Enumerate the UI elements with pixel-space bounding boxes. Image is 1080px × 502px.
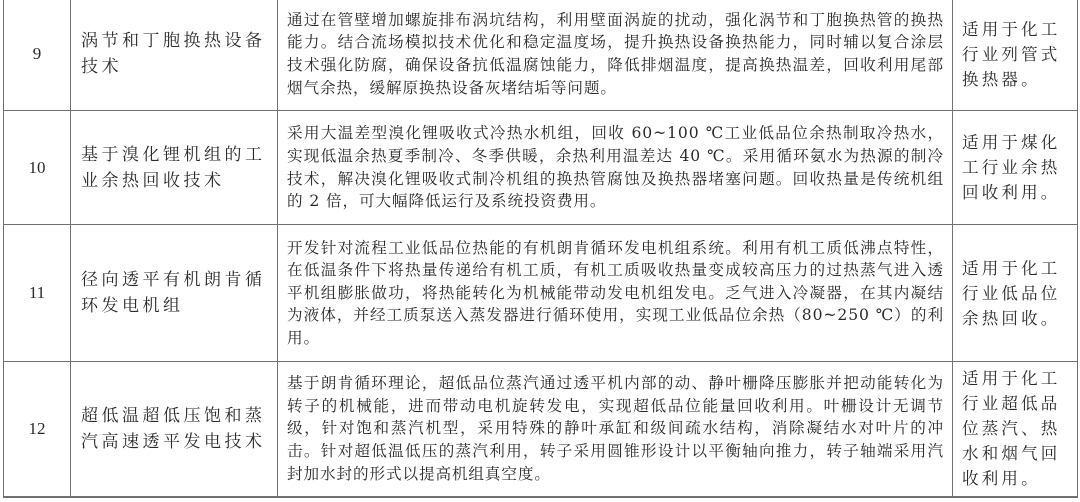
technology-description: 通过在管壁增加螺旋排布涡坑结构，利用壁面涡旋的扰动，强化涡节和丁胞换热管的换热能… — [278, 0, 953, 111]
application-scope: 适用于煤化工行业余热回收利用。 — [953, 111, 1078, 225]
table-row: 9 涡节和丁胞换热设备技术 通过在管壁增加螺旋排布涡坑结构，利用壁面涡旋的扰动，… — [4, 0, 1078, 111]
technology-name: 基于溴化锂机组的工业余热回收技术 — [71, 111, 278, 225]
technology-name: 径向透平有机朗肯循环发电机组 — [71, 225, 278, 362]
technology-description: 开发针对流程工业低品位热能的有机朗肯循环发电机组系统。利用有机工质低沸点特性，在… — [278, 225, 953, 362]
technology-description: 基于朗肯循环理论，超低品位蒸汽通过透平机内部的动、静叶栅降压膨胀并把动能转化为转… — [278, 362, 953, 497]
application-scope: 适用于化工行业低品位余热回收。 — [953, 225, 1078, 362]
application-scope: 适用于化工行业超低品位蒸汽、热水和烟气回收利用。 — [953, 362, 1078, 497]
technology-name: 超低温超低压饱和蒸汽高速透平发电技术 — [71, 362, 278, 497]
row-number: 12 — [4, 362, 71, 497]
technology-description: 采用大温差型溴化锂吸收式冷热水机组，回收 60~100 ℃工业低品位余热制取冷热… — [278, 111, 953, 225]
technology-name: 涡节和丁胞换热设备技术 — [71, 0, 278, 111]
table-row: 10 基于溴化锂机组的工业余热回收技术 采用大温差型溴化锂吸收式冷热水机组，回收… — [4, 111, 1078, 225]
row-number: 11 — [4, 225, 71, 362]
application-scope: 适用于化工行业列管式换热器。 — [953, 0, 1078, 111]
row-number: 9 — [4, 0, 71, 111]
row-number: 10 — [4, 111, 71, 225]
table-row: 12 超低温超低压饱和蒸汽高速透平发电技术 基于朗肯循环理论，超低品位蒸汽通过透… — [4, 362, 1078, 497]
technology-table: 9 涡节和丁胞换热设备技术 通过在管壁增加螺旋排布涡坑结构，利用壁面涡旋的扰动，… — [3, 0, 1078, 498]
table-row: 11 径向透平有机朗肯循环发电机组 开发针对流程工业低品位热能的有机朗肯循环发电… — [4, 225, 1078, 362]
